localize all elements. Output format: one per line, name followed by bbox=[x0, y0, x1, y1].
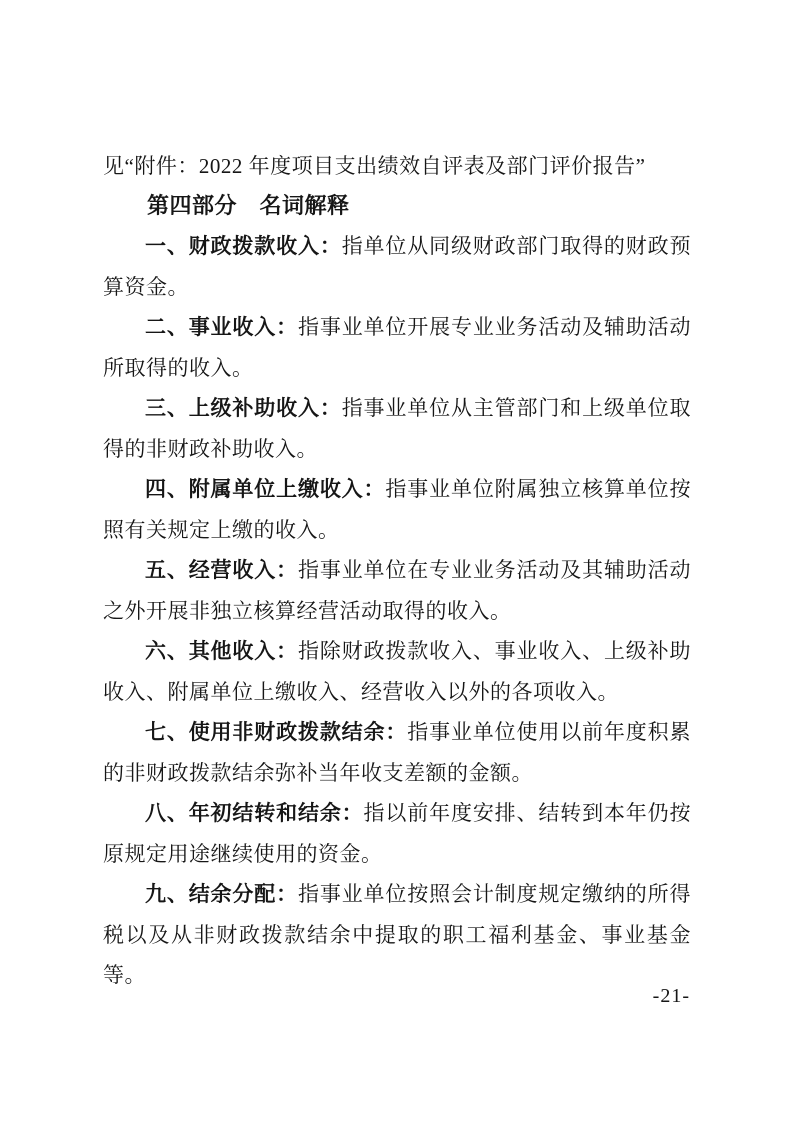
document-page: 见“附件：2022 年度项目支出绩效自评表及部门评价报告” 第四部分 名词解释 … bbox=[0, 0, 793, 1122]
continuation-paragraph: 见“附件：2022 年度项目支出绩效自评表及部门评价报告” bbox=[103, 146, 691, 186]
definition-paragraph: 八、年初结转和结余：指以前年度安排、结转到本年仍按原规定用途继续使用的资金。 bbox=[103, 793, 691, 874]
page-content: 见“附件：2022 年度项目支出绩效自评表及部门评价报告” 第四部分 名词解释 … bbox=[103, 146, 691, 995]
definition-paragraph: 四、附属单位上缴收入：指事业单位附属独立核算单位按照有关规定上缴的收入。 bbox=[103, 469, 691, 550]
definition-term: 二、事业收入： bbox=[145, 316, 298, 339]
definition-paragraph: 二、事业收入：指事业单位开展专业业务活动及辅助活动所取得的收入。 bbox=[103, 307, 691, 388]
page-number: -21- bbox=[653, 985, 690, 1008]
definition-term: 九、结余分配： bbox=[145, 883, 298, 906]
definition-term: 一、财政拨款收入： bbox=[145, 235, 342, 258]
definition-paragraph: 一、财政拨款收入：指单位从同级财政部门取得的财政预算资金。 bbox=[103, 226, 691, 307]
definition-paragraph: 九、结余分配：指事业单位按照会计制度规定缴纳的所得税以及从非财政拨款结余中提取的… bbox=[103, 874, 691, 995]
definition-paragraph: 六、其他收入：指除财政拨款收入、事业收入、上级补助收入、附属单位上缴收入、经营收… bbox=[103, 631, 691, 712]
definition-paragraph: 五、经营收入：指事业单位在专业业务活动及其辅助活动之外开展非独立核算经营活动取得… bbox=[103, 550, 691, 631]
definition-term: 六、其他收入： bbox=[145, 640, 298, 663]
definition-term: 四、附属单位上缴收入： bbox=[145, 478, 385, 501]
definition-term: 七、使用非财政拨款结余： bbox=[145, 721, 407, 744]
definition-term: 五、经营收入： bbox=[145, 559, 298, 582]
definition-paragraph: 七、使用非财政拨款结余：指事业单位使用以前年度积累的非财政拨款结余弥补当年收支差… bbox=[103, 712, 691, 793]
definition-term: 三、上级补助收入： bbox=[145, 397, 342, 420]
section-heading: 第四部分 名词解释 bbox=[103, 186, 691, 226]
definition-term: 八、年初结转和结余： bbox=[145, 802, 364, 825]
definition-paragraph: 三、上级补助收入：指事业单位从主管部门和上级单位取得的非财政补助收入。 bbox=[103, 388, 691, 469]
